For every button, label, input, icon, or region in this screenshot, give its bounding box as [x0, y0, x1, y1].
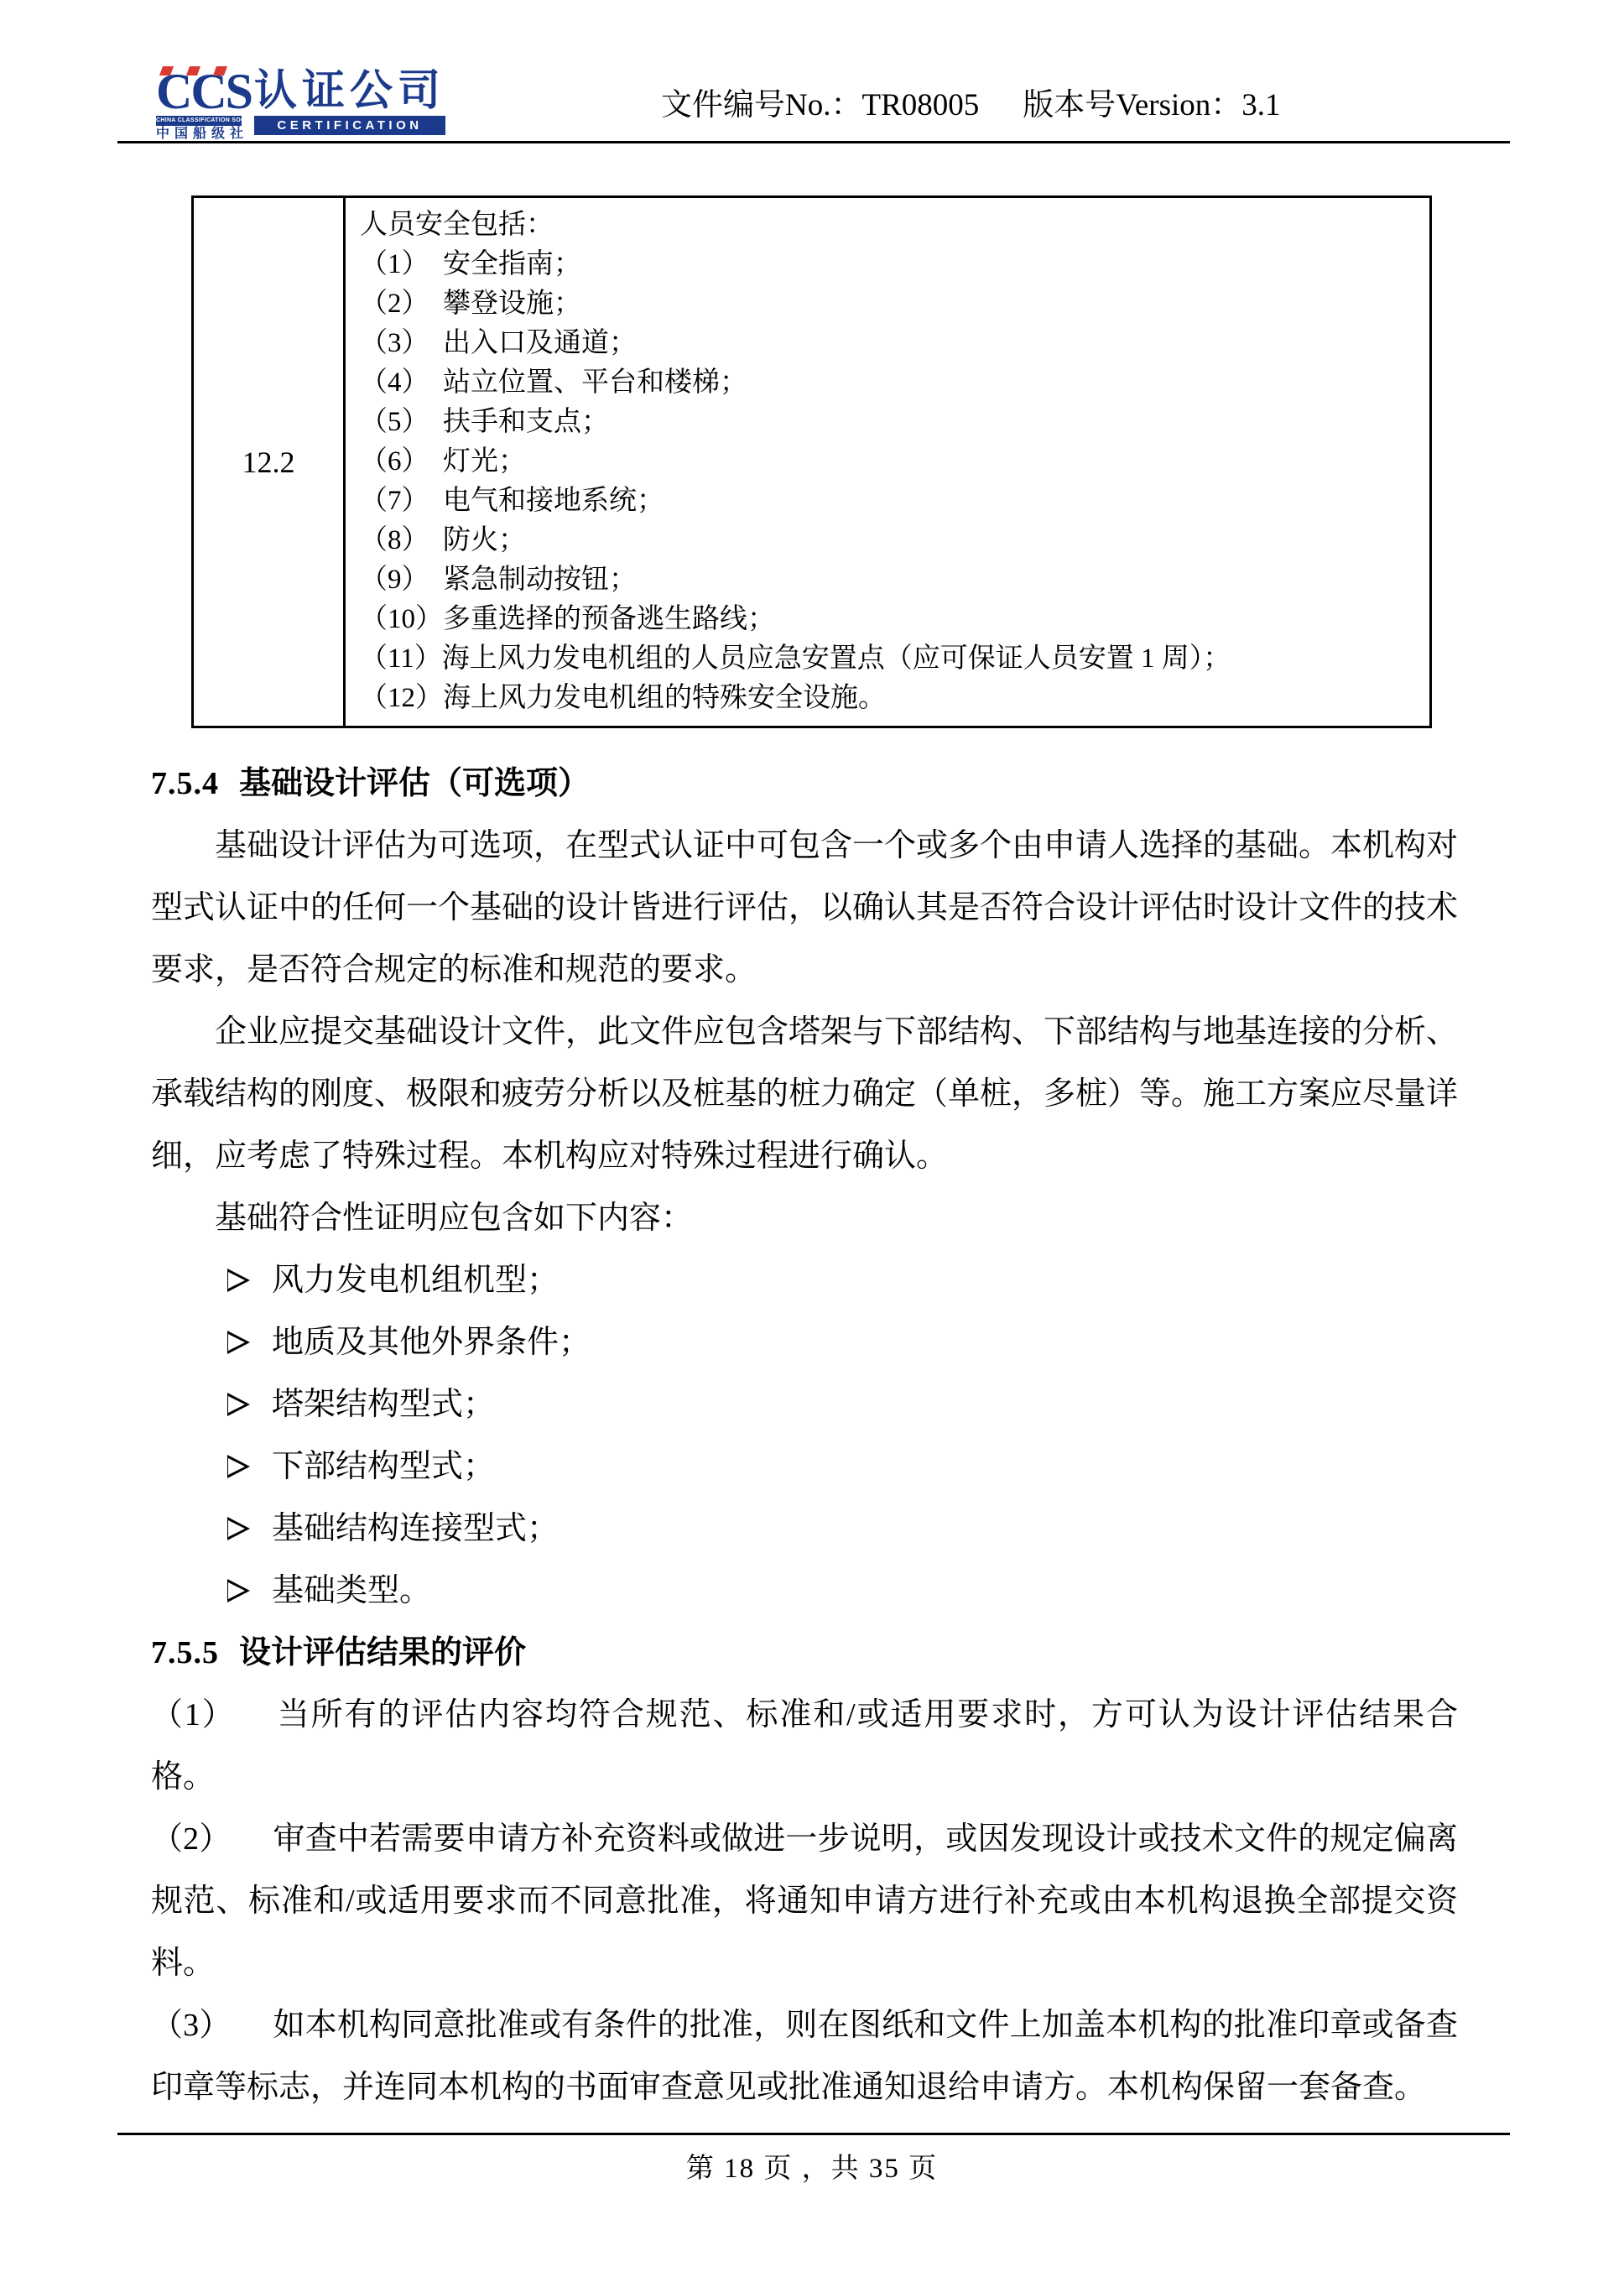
table-line: （6） 灯光； [360, 442, 1416, 482]
ccs-logo-right: 认证公司 CERTIFICATION [254, 70, 445, 142]
table-line: （1） 安全指南； [360, 245, 1416, 284]
paragraph: 基础符合性证明应包含如下内容： [151, 1187, 1458, 1249]
arrow-bullet-icon [227, 1517, 250, 1540]
list-item: 基础结构连接型式； [151, 1498, 1458, 1560]
header-divider [117, 141, 1510, 143]
version-label: 版本号Version：3.1 [1023, 88, 1280, 122]
paragraph: 企业应提交基础设计文件，此文件应包含塔架与下部结构、下部结构与地基连接的分析、承… [151, 1001, 1458, 1187]
table-line: （7） 电气和接地系统； [360, 482, 1416, 521]
table-line: （9） 紧急制动按钮； [360, 560, 1416, 600]
table-line: （5） 扶手和支点； [360, 403, 1416, 442]
document-page: CCS CHINA CLASSIFICATION SOCIETY 中国船级社 认… [0, 0, 1624, 2277]
table-line: （3） 出入口及通道； [360, 324, 1416, 363]
item-text: 如本机构同意批准或有条件的批准，则在图纸和文件上加盖本机构的批准印章或备查印章等… [151, 2008, 1458, 2105]
item-text: 审查中若需要申请方补充资料或做进一步说明，或因发现设计或技术文件的规定偏离规范、… [151, 1821, 1458, 1981]
table-row-id: 12.2 [194, 198, 346, 726]
table-line: （4） 站立位置、平台和楼梯； [360, 363, 1416, 403]
list-item-text: 下部结构型式； [272, 1435, 495, 1498]
ccs-wordmark: CCS [156, 70, 242, 114]
society-cn-label: 中国船级社 [156, 127, 242, 142]
doc-number-label: 文件编号No.：TR08005 [661, 88, 979, 122]
page-number: 第 18 页 ，共 35 页 [0, 2144, 1624, 2193]
item-number: （2） [151, 1821, 232, 1857]
section-heading-755: 7.5.5设计评估结果的评价 [151, 1622, 1458, 1684]
list-item-text: 基础结构连接型式； [272, 1498, 559, 1560]
list-item: 地质及其他外界条件； [151, 1311, 1458, 1373]
section-title: 基础设计评估（可选项） [239, 766, 590, 801]
document-body: 7.5.4基础设计评估（可选项） 基础设计评估为可选项，在型式认证中可包含一个或… [151, 753, 1458, 2118]
table-line: （10）多重选择的预备逃生路线； [360, 600, 1416, 639]
arrow-bullet-icon [227, 1455, 250, 1478]
list-item-text: 基础类型。 [272, 1560, 431, 1622]
table-line: 人员安全包括： [360, 206, 1416, 245]
section-number: 7.5.5 [151, 1635, 219, 1670]
list-item: 下部结构型式； [151, 1435, 1458, 1498]
ccs-logo: CCS CHINA CLASSIFICATION SOCIETY 中国船级社 认… [156, 70, 445, 142]
requirements-table: 12.2 人员安全包括： （1） 安全指南； （2） 攀登设施； （3） 出入口… [191, 195, 1432, 728]
item-number: （1） [151, 1697, 236, 1732]
item-text: 当所有的评估内容均符合规范、标准和/或适用要求时，方可认为设计评估结果合格。 [151, 1697, 1458, 1795]
ccs-logo-left: CCS CHINA CLASSIFICATION SOCIETY 中国船级社 [156, 70, 242, 142]
certification-bar: CERTIFICATION [254, 116, 445, 135]
table-line: （2） 攀登设施； [360, 284, 1416, 324]
section-title: 设计评估结果的评价 [239, 1635, 526, 1670]
table-line: （11）海上风力发电机组的人员应急安置点（应可保证人员安置 1 周）； [360, 639, 1416, 679]
numbered-paragraph: （1）当所有的评估内容均符合规范、标准和/或适用要求时，方可认为设计评估结果合格… [151, 1684, 1458, 1808]
paragraph: 基础设计评估为可选项，在型式认证中可包含一个或多个由申请人选择的基础。本机构对型… [151, 815, 1458, 1001]
list-item: 风力发电机组机型； [151, 1249, 1458, 1311]
arrow-bullet-icon [227, 1269, 250, 1292]
arrow-bullet-icon [227, 1579, 250, 1602]
numbered-paragraph: （2）审查中若需要申请方补充资料或做进一步说明，或因发现设计或技术文件的规定偏离… [151, 1808, 1458, 1994]
list-item-text: 地质及其他外界条件； [272, 1311, 591, 1373]
table-line: （8） 防火； [360, 521, 1416, 560]
item-number: （3） [151, 2008, 232, 2043]
header-meta: 文件编号No.：TR08005版本号Version：3.1 [661, 87, 1281, 124]
company-name-cn: 认证公司 [254, 70, 445, 114]
list-item: 塔架结构型式； [151, 1373, 1458, 1435]
arrow-bullet-icon [227, 1331, 250, 1354]
list-item-text: 风力发电机组机型； [272, 1249, 559, 1311]
table-cell-content: 人员安全包括： （1） 安全指南； （2） 攀登设施； （3） 出入口及通道； … [346, 198, 1429, 726]
list-item: 基础类型。 [151, 1560, 1458, 1622]
footer-divider [117, 2133, 1510, 2135]
section-heading-754: 7.5.4基础设计评估（可选项） [151, 753, 1458, 815]
list-item-text: 塔架结构型式； [272, 1373, 495, 1435]
section-number: 7.5.4 [151, 766, 219, 801]
numbered-paragraph: （3）如本机构同意批准或有条件的批准，则在图纸和文件上加盖本机构的批准印章或备查… [151, 1994, 1458, 2118]
table-line: （12）海上风力发电机组的特殊安全设施。 [360, 679, 1416, 718]
arrow-bullet-icon [227, 1393, 250, 1416]
